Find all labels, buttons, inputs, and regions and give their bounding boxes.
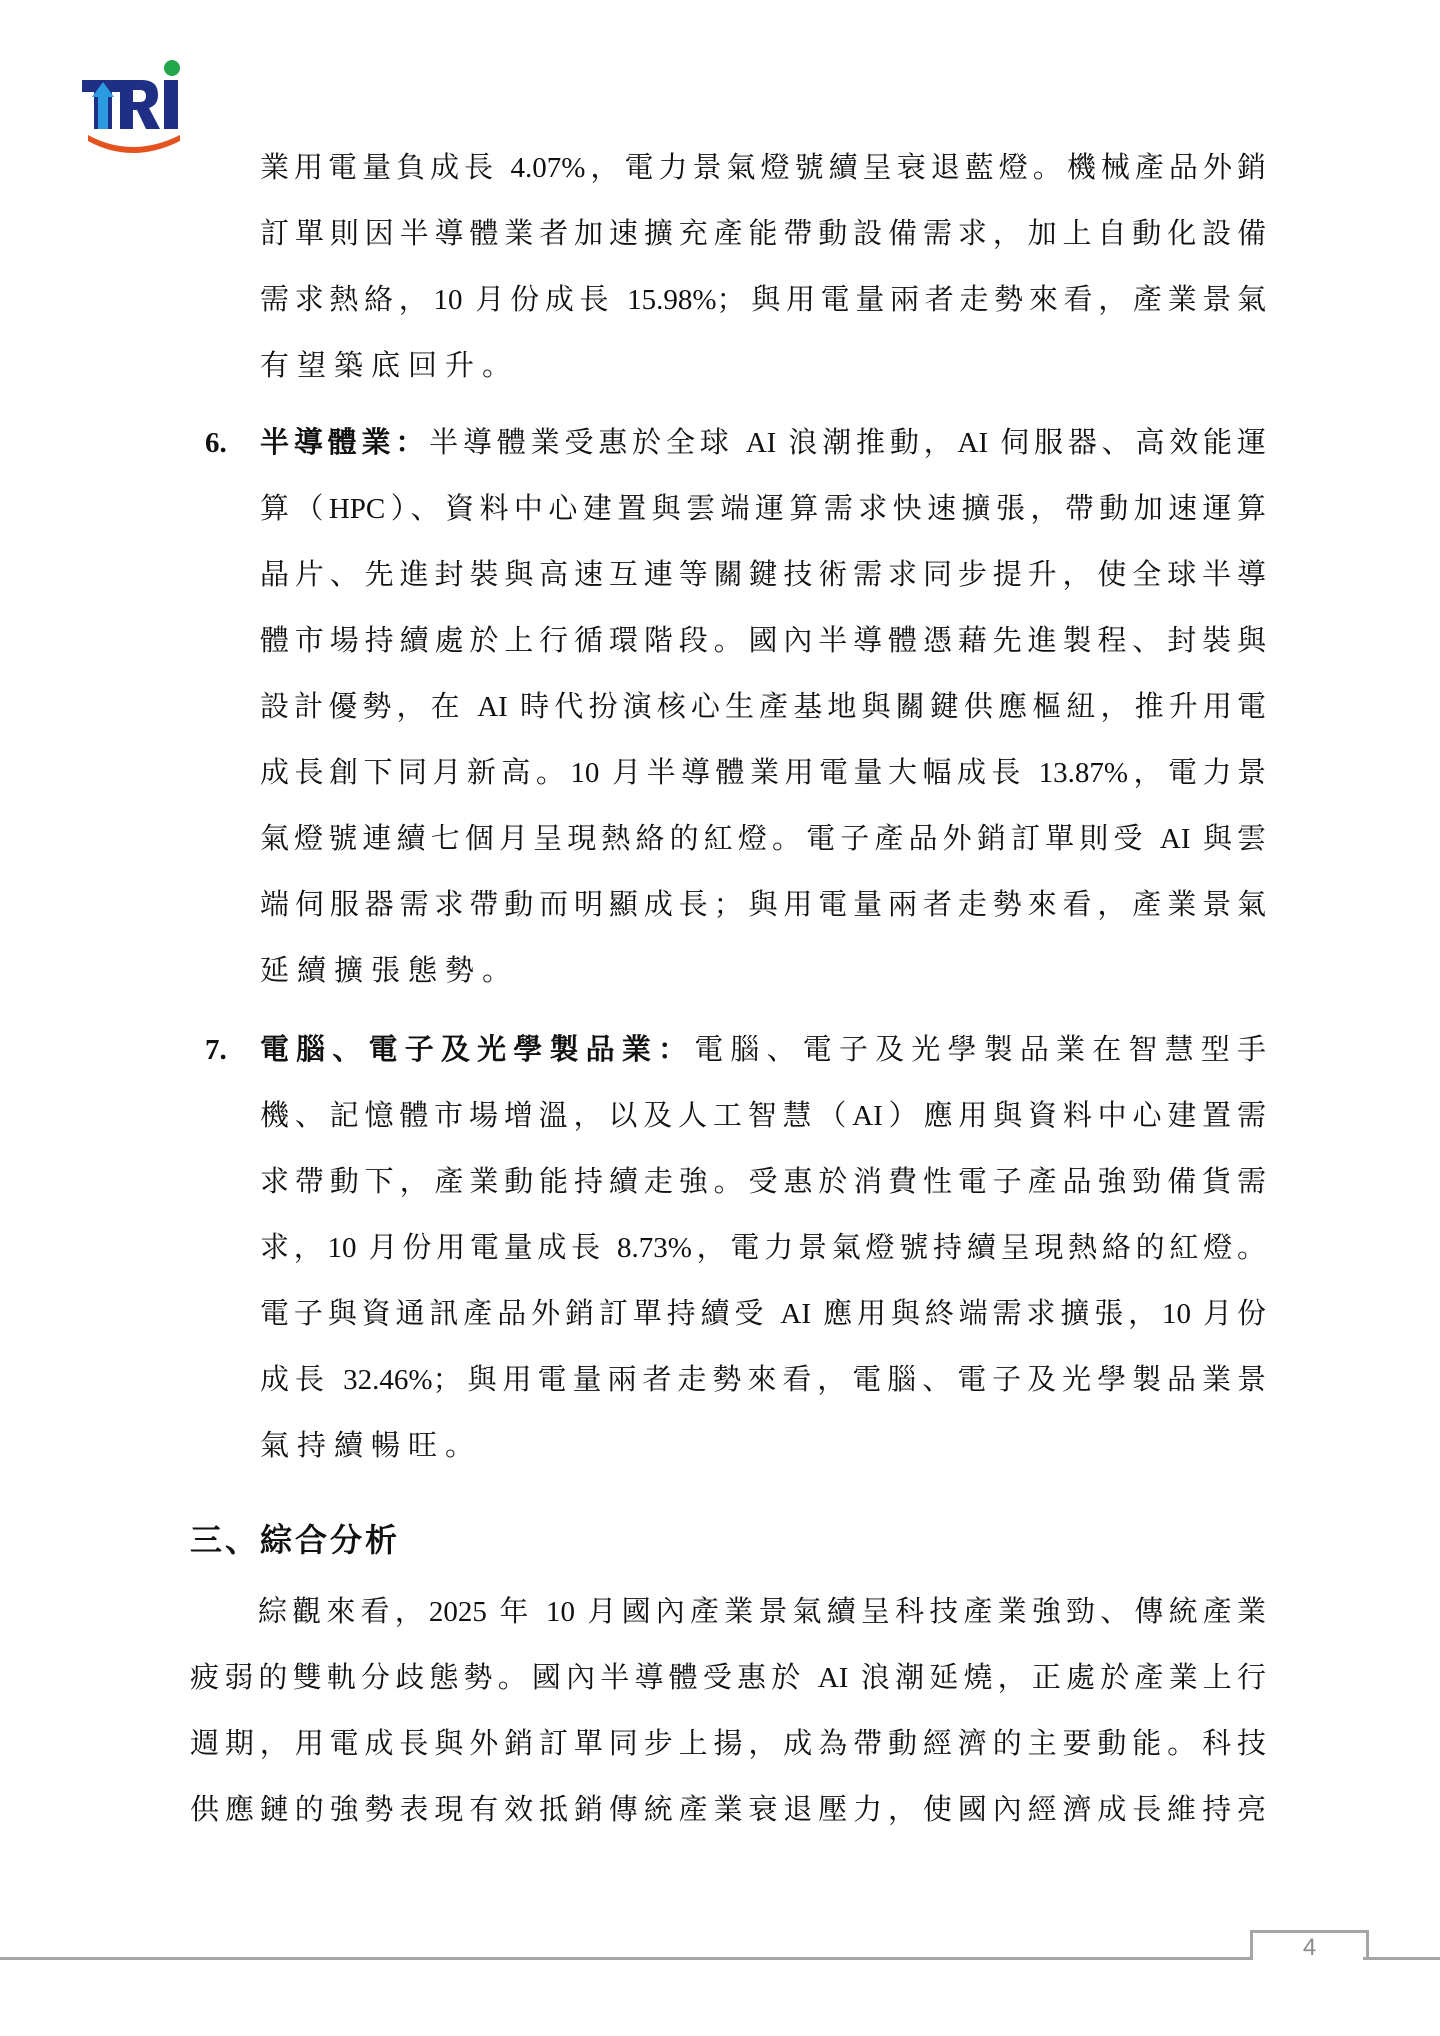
text-line: 晶片、先進封裝與高速互連等關鍵技術需求同步提升，使全球半導: [260, 553, 1266, 597]
text-line: 成長 32.46%；與用電量兩者走勢來看，電腦、電子及光學製品業景: [260, 1358, 1266, 1402]
text-line: 設計優勢，在 AI 時代扮演核心生產基地與關鍵供應樞紐，推升用電: [260, 685, 1266, 729]
text-line: 綜觀來看，2025 年 10 月國內產業景氣續呈科技產業強勁、傳統產業: [258, 1590, 1266, 1634]
text-line: 求，10 月份用電量成長 8.73%，電力景氣燈號持續呈現熱絡的紅燈。: [260, 1226, 1266, 1270]
text-line: 求帶動下，產業動能持續走強。受惠於消費性電子產品強勁備貨需: [260, 1160, 1266, 1204]
text-line: 疲弱的雙軌分歧態勢。國內半導體受惠於 AI 浪潮延燒，正處於產業上行: [190, 1656, 1266, 1700]
list-number: 6.: [205, 421, 227, 465]
text-line: 有望築底回升。: [260, 344, 1266, 388]
item-title: 半導體業：: [260, 427, 429, 459]
text-line: 算（HPC）、資料中心建置與雲端運算需求快速擴張，帶動加速運算: [260, 487, 1266, 531]
text-line: 氣持續暢旺。: [260, 1424, 1266, 1468]
tri-logo-icon: [80, 55, 190, 155]
text-line: 業用電量負成長 4.07%，電力景氣燈號續呈衰退藍燈。機械產品外銷: [260, 146, 1266, 190]
text-line: 端伺服器需求帶動而明顯成長；與用電量兩者走勢來看，產業景氣: [260, 883, 1266, 927]
text-line: 需求熱絡，10 月份成長 15.98%；與用電量兩者走勢來看，產業景氣: [260, 278, 1266, 322]
list-number: 7.: [205, 1028, 227, 1072]
section-heading: 三、綜合分析: [190, 1515, 400, 1565]
text-line: 延續擴張態勢。: [260, 949, 1266, 993]
text-line: 半導體業：半導體業受惠於全球 AI 浪潮推動，AI 伺服器、高效能運: [260, 421, 1266, 465]
text-line: 氣燈號連續七個月呈現熱絡的紅燈。電子產品外銷訂單則受 AI 與雲: [260, 817, 1266, 861]
text-line: 供應鏈的強勢表現有效抵銷傳統產業衰退壓力，使國內經濟成長維持亮: [190, 1788, 1266, 1832]
footer-rule-right: [1363, 1957, 1440, 1960]
item-title: 電腦、電子及光學製品業：: [260, 1034, 694, 1066]
footer-rule-left: [0, 1957, 1253, 1960]
text-line: 訂單則因半導體業者加速擴充產能帶動設備需求，加上自動化設備: [260, 212, 1266, 256]
text-line: 成長創下同月新高。10 月半導體業用電量大幅成長 13.87%，電力景: [260, 751, 1266, 795]
text-line: 電腦、電子及光學製品業：電腦、電子及光學製品業在智慧型手: [260, 1028, 1266, 1072]
tri-logo: [80, 55, 190, 155]
page-number: 4: [1250, 1933, 1369, 1963]
text-line: 體市場持續處於上行循環階段。國內半導體憑藉先進製程、封裝與: [260, 619, 1266, 663]
text-line: 機、記憶體市場增溫，以及人工智慧（AI）應用與資料中心建置需: [260, 1094, 1266, 1138]
text-line: 電子與資通訊產品外銷訂單持續受 AI 應用與終端需求擴張，10 月份: [260, 1292, 1266, 1336]
text-line: 週期，用電成長與外銷訂單同步上揚，成為帶動經濟的主要動能。科技: [190, 1722, 1266, 1766]
